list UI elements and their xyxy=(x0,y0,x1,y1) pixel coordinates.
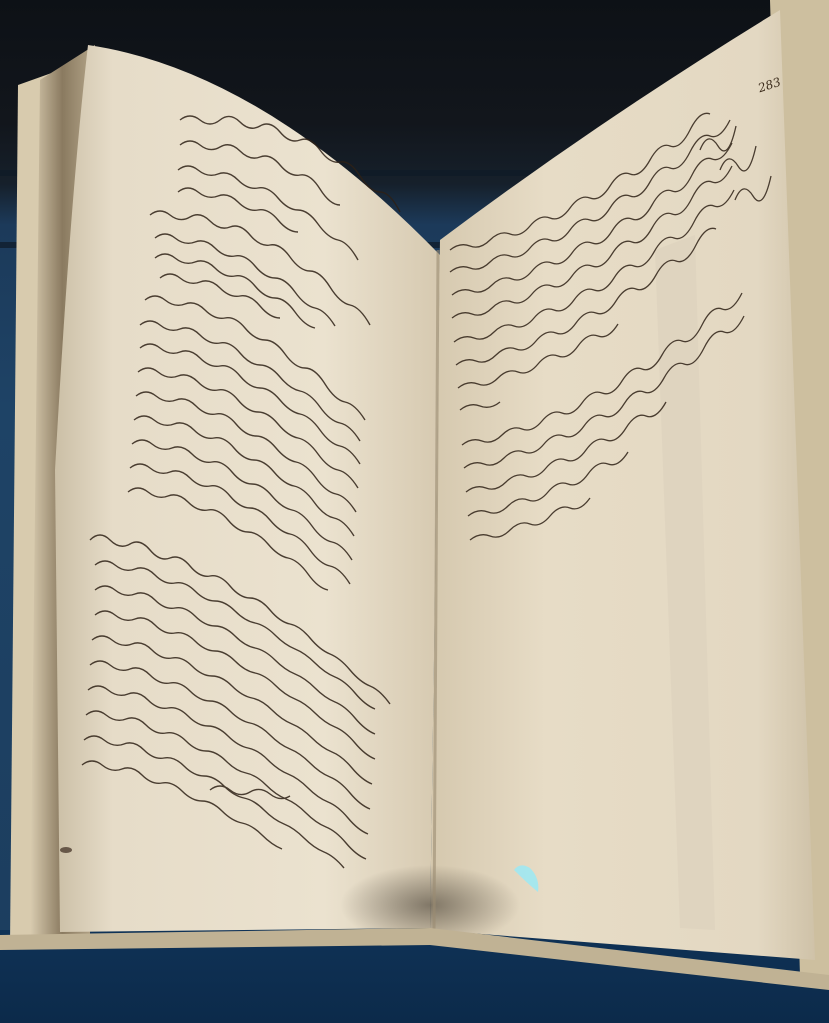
book-illustration xyxy=(0,0,829,1023)
open-manuscript-book: 283 xyxy=(0,0,829,1023)
ink-blot xyxy=(60,847,72,853)
photo-scene: 283 xyxy=(0,0,829,1023)
right-page xyxy=(430,10,815,960)
